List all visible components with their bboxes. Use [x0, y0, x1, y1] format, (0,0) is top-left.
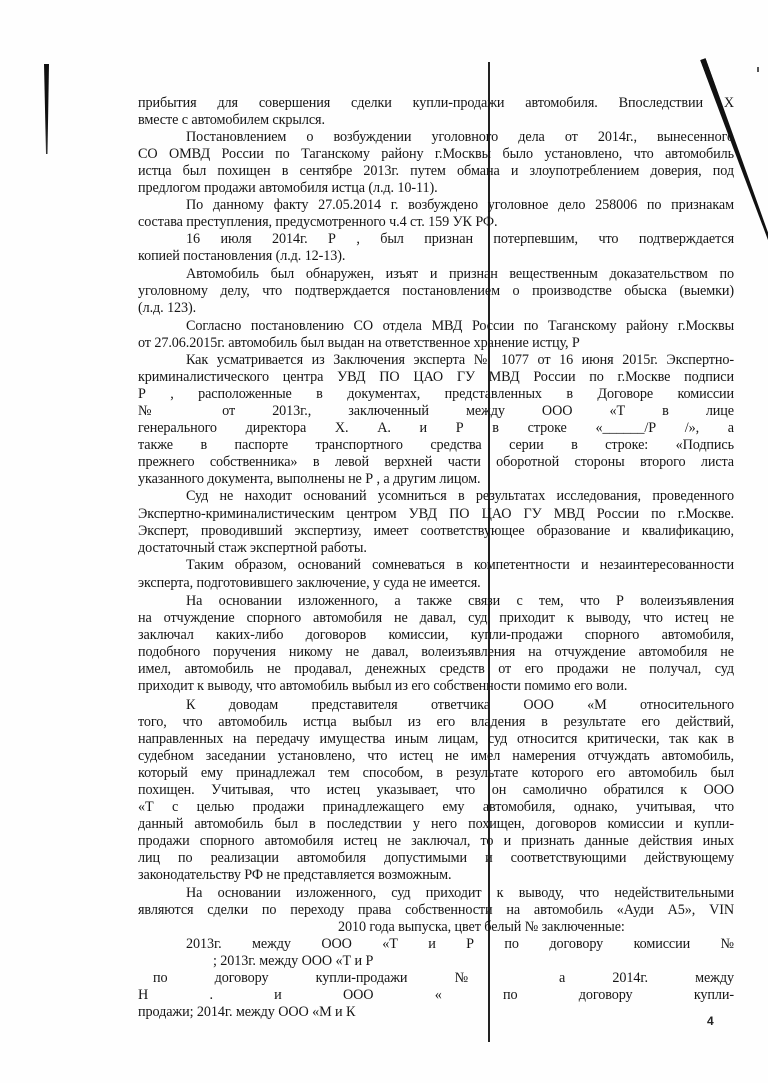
text-line: имел, автомобиль не продавал, денежных с… — [138, 661, 734, 678]
text-line: эксперта, подготовившего заключение, у с… — [138, 575, 734, 592]
scan-artifact-dot — [757, 67, 759, 72]
text-line: На основании изложенного, а также связи … — [138, 593, 734, 610]
text-line: достаточный стаж экспертной работы. — [138, 540, 734, 557]
text-line: от 27.06.2015г. автомобиль был выдан на … — [138, 335, 734, 352]
text-line: Н . и ООО « по договору купли- — [138, 987, 734, 1004]
text-line: также в паспорте транспортного средства … — [138, 437, 734, 454]
text-line: Эксперт, проводивший экспертизу, имеет с… — [138, 523, 734, 540]
text-line: подобного поручения никому не давал, вол… — [138, 644, 734, 661]
text-line: заключал каких-либо договоров комиссии, … — [138, 627, 734, 644]
text-line: «Т с целью продажи принадлежащего ему ав… — [138, 799, 734, 816]
text-line: копией постановления (л.д. 12-13). — [138, 248, 734, 265]
text-line: уголовному делу, что подтверждается пост… — [138, 283, 734, 300]
text-line: на отчуждение спорного автомобиля не дав… — [138, 610, 734, 627]
text-line: продажи; 2014г. между ООО «М и К — [138, 1004, 734, 1021]
text-line: который ему принадлежал тем способом, в … — [138, 765, 734, 782]
text-line: истца был похищен в сентябре 2013г. путе… — [138, 163, 734, 180]
text-line: Постановлением о возбуждении уголовного … — [138, 129, 734, 146]
text-line: 2013г. между ООО «Т и Р по договору коми… — [138, 936, 734, 953]
text-line: являются сделки по переходу права собств… — [138, 902, 734, 919]
text-line: указанного документа, выполнены не Р , а… — [138, 471, 734, 488]
text-line: судебном заседании установлено, что исте… — [138, 748, 734, 765]
text-line: По данному факту 27.05.2014 г. возбужден… — [138, 197, 734, 214]
text-line: Суд не находит оснований усомниться в ре… — [138, 488, 734, 505]
text-line: вместе с автомобилем скрылся. — [138, 112, 734, 129]
text-line: законодательству РФ не представляется во… — [138, 867, 734, 884]
text-line: ; 2013г. между ООО «Т и Р — [138, 953, 734, 970]
scanned-document-page: прибытия для совершения сделки купли-про… — [0, 0, 768, 1083]
text-line: Согласно постановлению СО отдела МВД Рос… — [138, 318, 734, 335]
text-line: (л.д. 123). — [138, 300, 734, 317]
text-line: по договору купли-продажи № а 2014г. меж… — [138, 970, 734, 987]
text-line: 2010 года выпуска, цвет белый № заключен… — [138, 919, 734, 936]
text-line: того, что автомобиль истца выбыл из его … — [138, 714, 734, 731]
text-line: Экспертно-криминалистическим центром УВД… — [138, 506, 734, 523]
scan-artifact-mark-left — [44, 64, 49, 154]
text-line: прежнего собственника» в левой верхней ч… — [138, 454, 734, 471]
text-line: Таким образом, оснований сомневаться в к… — [138, 557, 734, 574]
text-line: К доводам представителя ответчика ООО «М… — [138, 697, 734, 714]
text-line: криминалистического центра УВД ПО ЦАО ГУ… — [138, 369, 734, 386]
page-number: 4 — [707, 1014, 714, 1028]
text-line: продажи спорного автомобиля истец не зак… — [138, 833, 734, 850]
text-line: лиц по реализации автомобиля допустимыми… — [138, 850, 734, 867]
text-line: генерального директора Х. А. и Р в строк… — [138, 420, 734, 437]
text-line: данный автомобиль был в последствии у не… — [138, 816, 734, 833]
text-line: приходит к выводу, что автомобиль выбыл … — [138, 678, 734, 695]
text-line: Как усматривается из Заключения эксперта… — [138, 352, 734, 369]
text-line: № от 2013г., заключенный между ООО «Т в … — [138, 403, 734, 420]
text-line: направленных на передачу имущества иным … — [138, 731, 734, 748]
text-line: Р , расположенные в документах, представ… — [138, 386, 734, 403]
text-line: На основании изложенного, суд приходит к… — [138, 885, 734, 902]
text-line: похищен. Учитывая, что истец указывает, … — [138, 782, 734, 799]
text-line: предлогом продажи автомобиля истца (л.д.… — [138, 180, 734, 197]
text-line: 16 июля 2014г. Р , был признан потерпевш… — [138, 231, 734, 248]
text-line: СО ОМВД России по Таганскому району г.Мо… — [138, 146, 734, 163]
text-line: состава преступления, предусмотренного ч… — [138, 214, 734, 231]
text-line: прибытия для совершения сделки купли-про… — [138, 95, 734, 112]
text-line: Автомобиль был обнаружен, изъят и призна… — [138, 266, 734, 283]
